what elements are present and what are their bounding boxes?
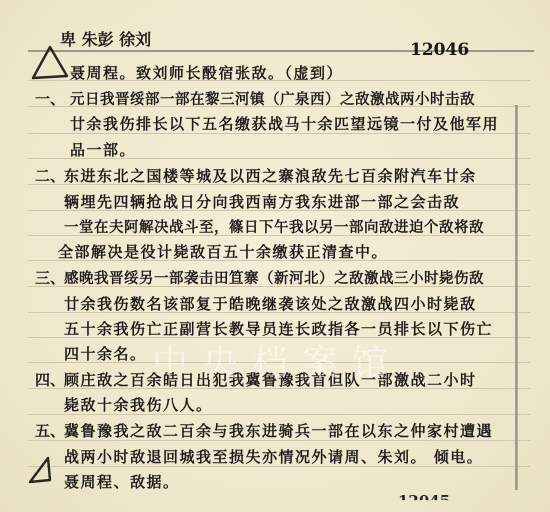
item-line: 东进东北之国楼等城及以西之寨浪敌先七百余附汽车廿余 — [64, 165, 477, 186]
closing-line: 聂周程、敌据。 — [64, 471, 180, 492]
header-recipients: 卑 朱彭 徐刘 — [60, 27, 151, 50]
triangle-mark-icon — [30, 44, 70, 82]
item-line: 战两小时敌退回城我至损失亦情况外请周、朱刘。 倾电。 — [64, 446, 483, 467]
item-line: 元日我晋绥部一部在黎三河镇（广泉西）之敌激战两小时击敌 — [70, 88, 475, 109]
item-line: 一堂在夫阿解决战斗至，篠日下午我以另一部向敌进迫个敌将敌 — [64, 216, 484, 237]
item-line: 全部解决是役计毙敌百五十余缴获正清查中。 — [58, 241, 388, 262]
archival-document-page: 卑 朱彭 徐刘 12046 聂周程。致刘师长酘宿张敌。（虚到） 一、 元日我晋绥… — [0, 0, 550, 512]
item-line: 辆埋先四辆抢战日分向我西南方我东进部一部之会击敌 — [64, 191, 460, 212]
right-margin-line — [515, 105, 518, 490]
item-line: 四十余名。 — [64, 343, 147, 364]
item-marker: 三、 — [35, 267, 65, 288]
item-line: 冀鲁豫我之敌二百余与我东进骑兵一部在以东之仲家村遭遇 — [64, 420, 493, 441]
item-line: 感晚我晋绥另一部袭击田笪寨（新河北）之敌激战三小时毙伤敌 — [64, 267, 484, 288]
archive-watermark: 中央档案馆 — [152, 335, 402, 386]
item-line: 毙敌十余我伤八人。 — [64, 394, 213, 415]
item-marker: 一、 — [35, 88, 65, 109]
item-marker: 四、 — [35, 369, 65, 390]
item-line: 品一部。 — [70, 139, 136, 160]
item-line: 廿余我伤排长以下五名缴获战马十余匹望远镜一付及他军用 — [70, 113, 499, 134]
triangle-mark-icon — [28, 455, 54, 485]
item-marker: 二、 — [35, 165, 65, 186]
archive-number: 12046 — [410, 40, 469, 60]
item-line: 廿余我伤数名该部复于皓晚继袭该处之敌激战四小时毙敌 — [64, 293, 477, 314]
item-marker: 五、 — [35, 420, 65, 441]
addressee-line: 聂周程。致刘师长酘宿张敌。（虚到） — [70, 62, 343, 83]
next-page-archive-number: 12045 — [398, 492, 450, 510]
